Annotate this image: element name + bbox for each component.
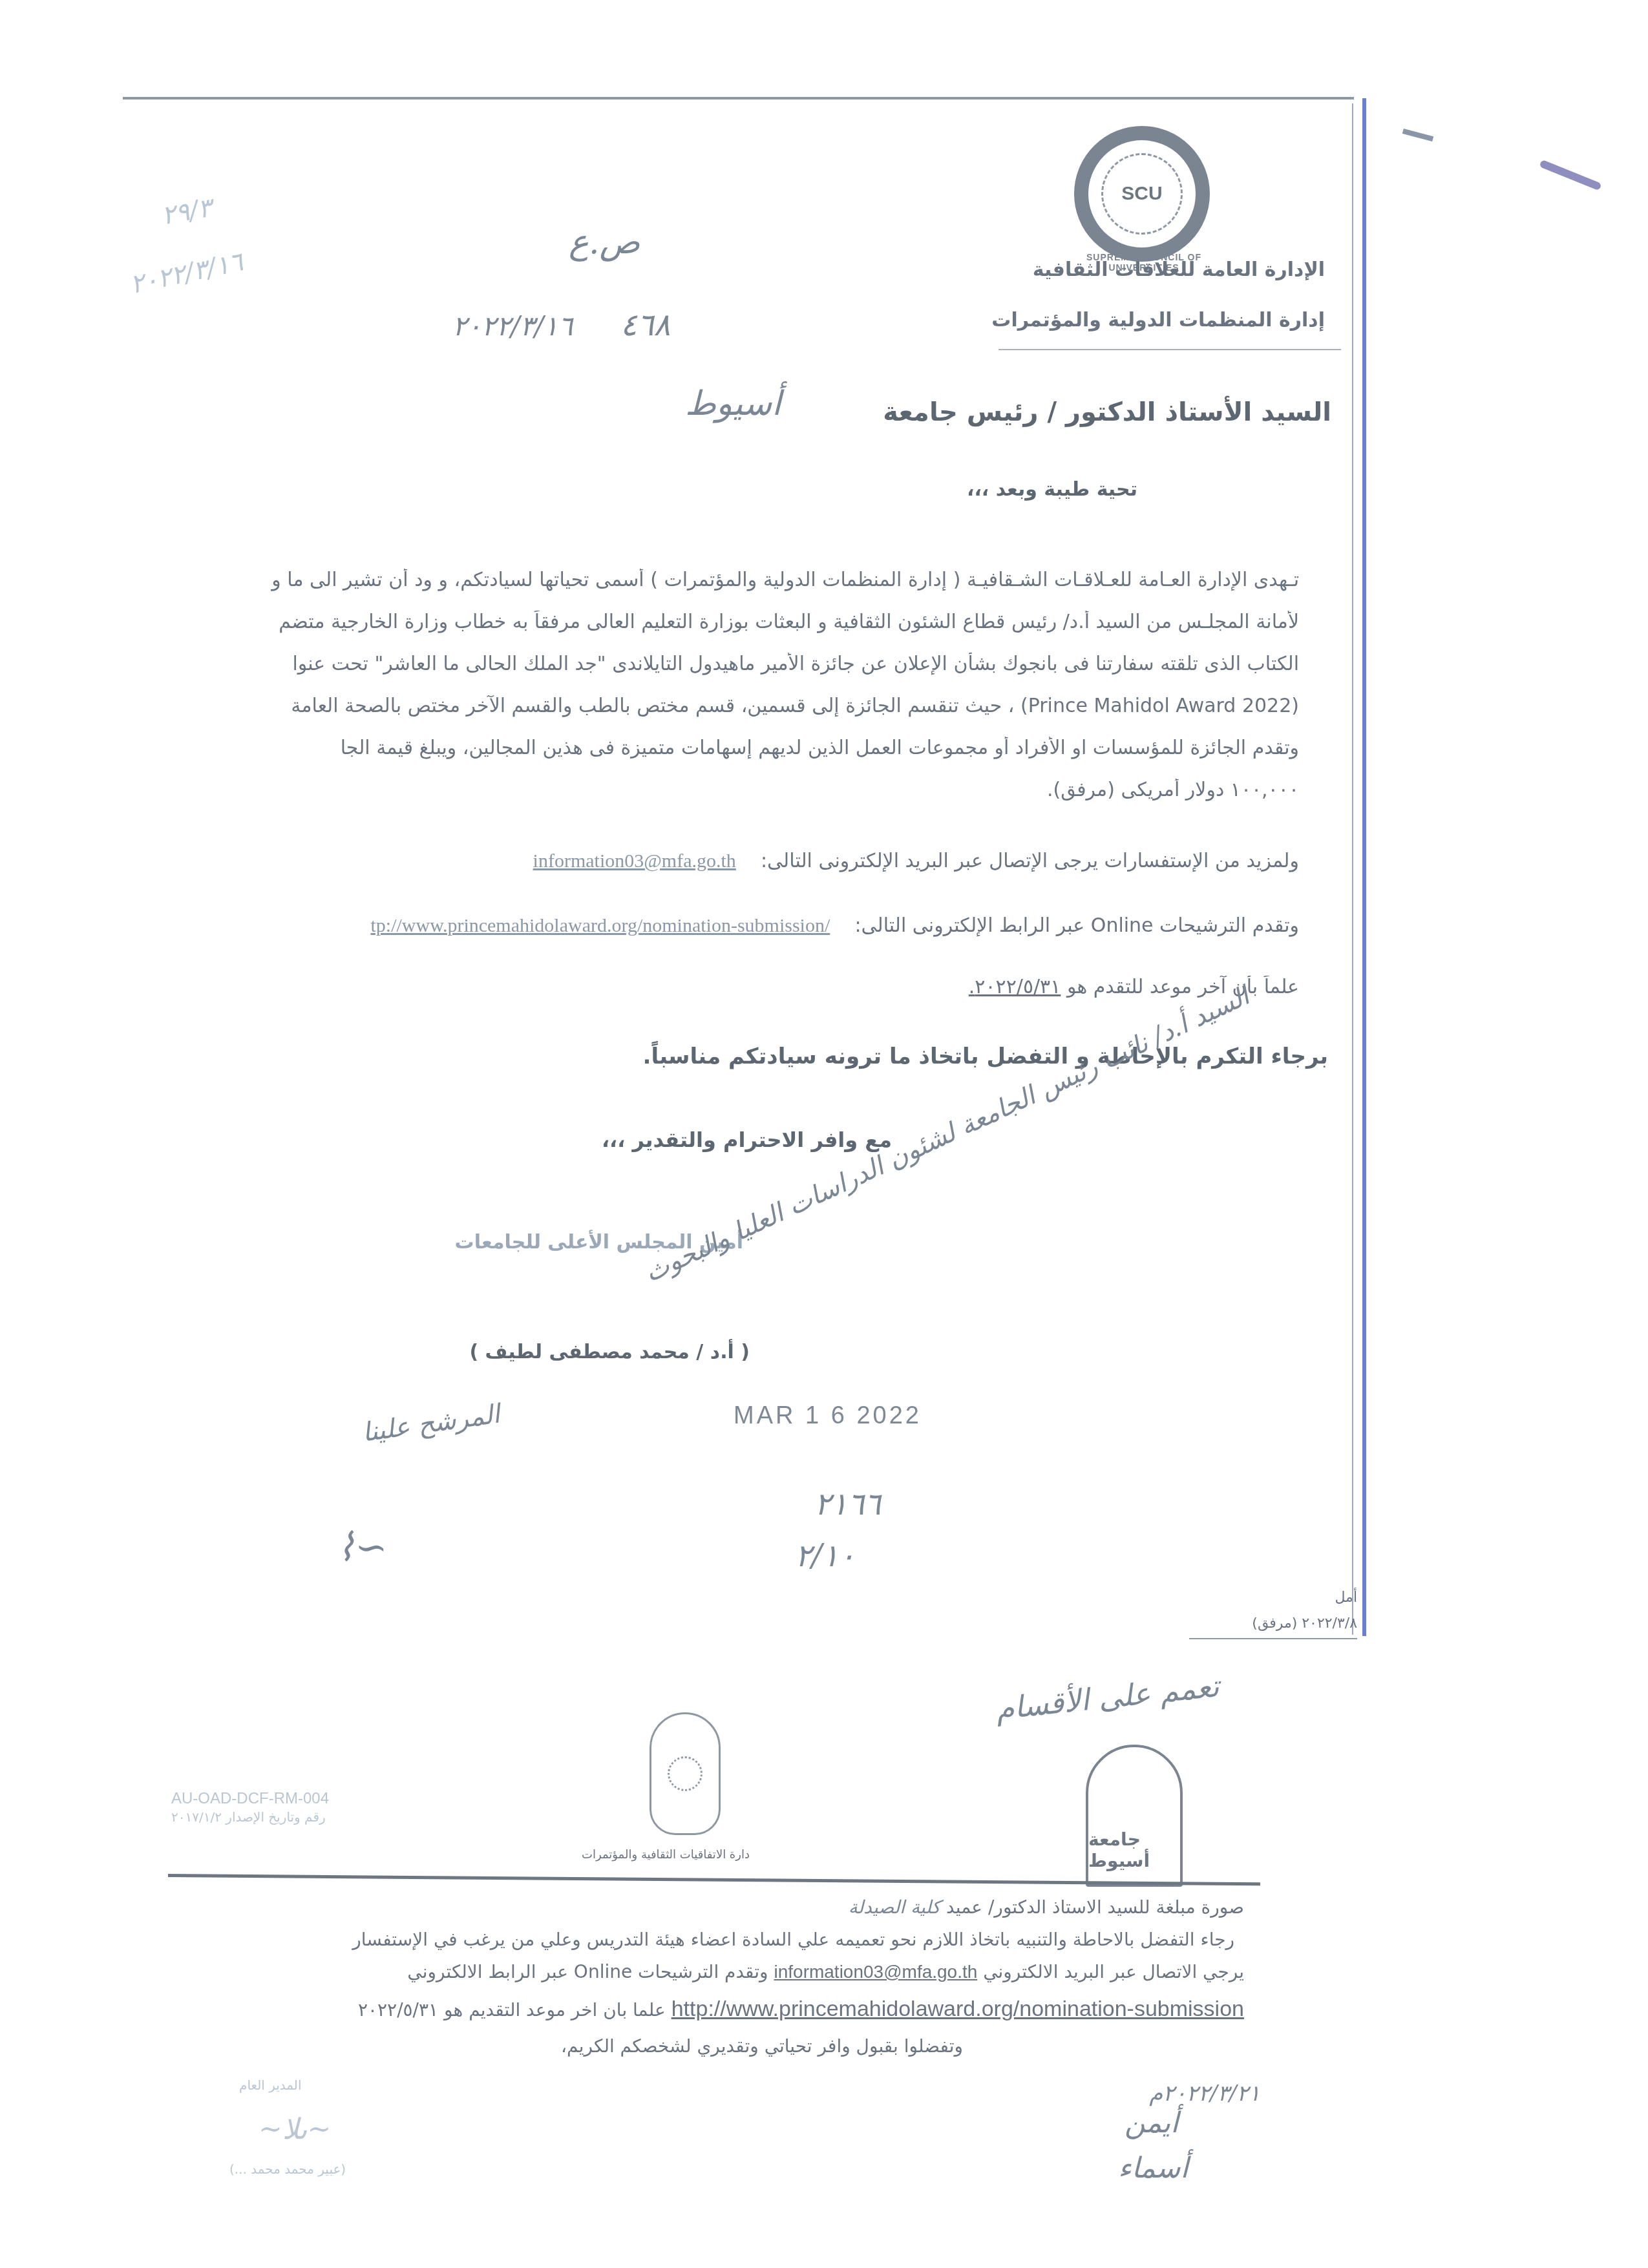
email-label: ولمزيد من الإستفسارات يرجى الإتصال عبر ا…	[761, 850, 1299, 872]
copy-handwritten: كلية الصيدلة	[849, 1896, 940, 1918]
body-line-3: الكتاب الذى تلقته سفارتنا فى بانجوك بشأن…	[123, 653, 1299, 676]
online-label: وتقدم الترشيحات Online عبر الرابط الإلكت…	[854, 914, 1299, 937]
signatory-name: ( أ.د / محمد مصطفى لطيف )	[469, 1341, 750, 1363]
body-line-6: ١٠٠,٠٠٠ دولار أمريكى (مرفق).	[123, 779, 1299, 802]
body-line-4: (Prince Mahidol Award 2022) ، حيث تنقسم …	[123, 695, 1299, 718]
staple-mark	[1539, 160, 1601, 191]
copy-closing: وتفضلوا بقبول وافر تحياتي وتقديري لشخصكم…	[561, 2035, 963, 2057]
copy-line-3: يرجي الاتصال عبر البريد الالكتروني infor…	[407, 1961, 1244, 1982]
copy-url-link[interactable]: http://www.princemahidolaward.org/nomina…	[671, 1997, 1244, 2021]
director-title: المدير العام	[239, 2077, 301, 2093]
addressee-handwritten: أسيوط	[685, 384, 781, 423]
referral-note: المرشح علينا	[361, 1399, 502, 1447]
seal-center: SCU	[1101, 153, 1183, 235]
sent-hand-1: أيمن	[1125, 2106, 1178, 2139]
body-line-5: وتقدم الجائزة للمؤسسات او الأفراد أو مجم…	[123, 737, 1299, 760]
header-rule	[998, 349, 1341, 350]
writer-rule	[1189, 1638, 1357, 1639]
org-line-2: إدارة المنظمات الدولية والمؤتمرات	[991, 309, 1325, 331]
deadline-label: علماً بأن آخر موعد للتقدم هو	[1067, 976, 1299, 998]
copy-line-4: http://www.princemahidolaward.org/nomina…	[358, 1997, 1244, 2022]
margin-note: ٢٩/٣	[160, 193, 215, 231]
margin-date: ٢٠٢٢/٣/١٦	[127, 247, 246, 300]
writer-date: ٢٠٢٢/٣/٨ (مرفق)	[1252, 1615, 1357, 1632]
signature-scribble: ⌇∽	[336, 1525, 388, 1570]
online-line: وتقدم الترشيحات Online عبر الرابط الإلكت…	[123, 914, 1299, 938]
director-name: (عبير محمد محمد ...)	[229, 2161, 346, 2177]
frame-top-border	[123, 97, 1354, 100]
greeting: تحية طيبة وبعد ،،،	[967, 478, 1137, 501]
addressee: السيد الأستاذ الدكتور / رئيس جامعة	[883, 397, 1331, 427]
deadline-line: علماً بأن آخر موعد للتقدم هو ٢٠٢٢/٥/٣١.	[123, 976, 1299, 999]
sent-hand-2: أسماء	[1118, 2152, 1188, 2185]
distribution-note: تعمم على الأقسام	[994, 1668, 1221, 1727]
respect-closing: مع وافر الاحترام والتقدير ،،،	[602, 1128, 892, 1152]
email-link[interactable]: information03@mfa.go.th	[533, 850, 736, 872]
director-signature: ~ىلا~	[259, 2113, 331, 2146]
supreme-council-seal-icon: SCU	[1074, 126, 1210, 262]
frame-right-inner-border	[1352, 103, 1353, 1635]
frame-right-border	[1362, 98, 1366, 1636]
logo-label: جامعة أسيوط	[1088, 1829, 1180, 1871]
copy-line-1: صورة مبلغة للسيد الاستاذ الدكتور/ عميد ك…	[849, 1896, 1244, 1918]
copy-online-label: وتقدم الترشيحات Online عبر الرابط الالكت…	[407, 1961, 768, 1982]
writer-name: أمل	[1335, 1590, 1357, 1606]
ref-number: ٤٦٨	[620, 307, 670, 343]
incoming-date: ٢/١٠	[795, 1538, 856, 1574]
staple-mark	[1402, 129, 1433, 142]
copy-email-label: يرجي الاتصال عبر البريد الالكتروني	[983, 1961, 1244, 1982]
incoming-number: ٢١٦٦	[814, 1486, 881, 1522]
ref-mark: ص.ع	[569, 223, 640, 262]
email-line: ولمزيد من الإستفسارات يرجى الإتصال عبر ا…	[123, 850, 1299, 873]
sent-date: ٢٠٢٢/٣/٢١م	[1149, 2081, 1260, 2106]
org-line-1: الإدارة العامة للعلاقات الثقافية	[1033, 258, 1325, 281]
dept-emblem-icon	[650, 1712, 721, 1835]
form-code: AU-OAD-DCF-RM-004	[171, 1790, 329, 1808]
deadline-date: ٢٠٢٢/٥/٣١.	[969, 976, 1061, 998]
copy-to: صورة مبلغة للسيد الاستاذ الدكتور/ عميد	[946, 1896, 1244, 1918]
body-line-1: تـهدى الإدارة العـامة للعـلاقـات الشـقاف…	[123, 569, 1299, 592]
assiut-university-logo-icon: جامعة أسيوط	[1086, 1745, 1183, 1887]
nomination-url-link[interactable]: tp://www.princemahidolaward.org/nominati…	[371, 915, 830, 936]
form-issue: رقم وتاريخ الإصدار ٢٠١٧/١/٢	[171, 1809, 326, 1825]
body-line-2: لأمانة المجلـس من السيد أ.د/ رئيس قطاع ا…	[123, 611, 1299, 634]
copy-email-link[interactable]: information03@mfa.go.th	[774, 1962, 977, 1982]
copy-line-2: رجاء التفضل بالاحاطة والتنبيه باتخاذ الل…	[352, 1929, 1234, 1950]
copy-deadline: علما بان اخر موعد التقديم هو ٢٠٢٢/٥/٣١	[358, 1999, 666, 2021]
dept-caption: دارة الاتفاقيات الثقافية والمؤتمرات	[582, 1848, 750, 1862]
ref-date: ٢٠٢٢/٣/١٦	[452, 310, 573, 342]
closing-request: برجاء التكرم بالإحاطة و التفضل باتخاذ ما…	[643, 1044, 1328, 1069]
received-date-stamp: MAR 1 6 2022	[734, 1402, 922, 1430]
